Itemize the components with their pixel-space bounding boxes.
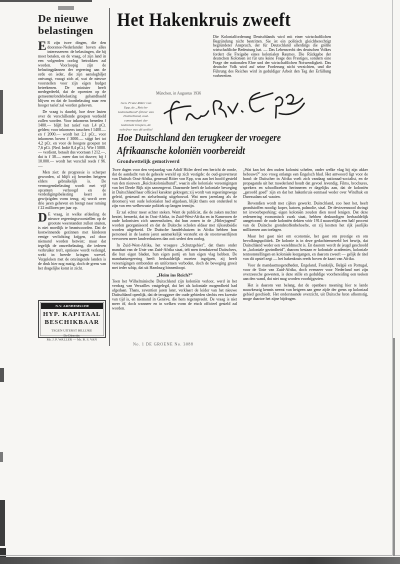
left-article-title: De nieuwe belastingen bbox=[38, 13, 106, 37]
ad-directors-wrap: Mr. J. P. WALLER — Mr. B. S. VAN DEVENTE… bbox=[40, 337, 104, 341]
body-paragraph: „Wat kan het den ouden kolonist schelen,… bbox=[243, 168, 368, 199]
subheadline-line-1: Hoe Duitschland den terugkeer der vroege… bbox=[117, 133, 338, 146]
body-paragraph: Bovendien wordt met cijfers gewerkt. Dui… bbox=[243, 201, 368, 232]
column-divider-rule bbox=[109, 8, 110, 346]
scan-artifact-left-2 bbox=[0, 368, 4, 382]
ad-bank-name-bar: N.V. ARNHEMSCHE HYPOTHEEKBANK bbox=[41, 303, 103, 309]
scan-artifact-bottom-strip bbox=[0, 557, 400, 564]
main-headline: Het Hakenkruis zweeft bbox=[117, 10, 291, 32]
main-body-column-2: „Wat kan het den ouden kolonist schelen,… bbox=[243, 168, 368, 340]
inner-heading-heim-ins-reich: „Heim ins Reich?” bbox=[112, 272, 237, 277]
bank-advertisement: N.V. ARNHEMSCHE HYPOTHEEKBANK HYP. KAPIT… bbox=[38, 300, 106, 338]
signature-ink-strokes bbox=[158, 84, 308, 128]
page-footer-wrap: No. 1 DE GROENE No. 3088 bbox=[133, 342, 223, 348]
main-body-column-1: Twee dagen voor den verjaardag van Adolf… bbox=[112, 168, 237, 340]
scan-artifact-bottom-line bbox=[0, 555, 400, 556]
scan-artifact-top-blob bbox=[58, 6, 74, 10]
left-article-body: ER zijn twee dingen, die den doorsnee-Ne… bbox=[38, 41, 106, 297]
dropcap-E: E bbox=[38, 42, 46, 52]
newspaper-page-scan: De nieuwe belastingen ER zijn twee dinge… bbox=[0, 0, 400, 564]
german-intro-block: Die Kolonialforderung Deutschlands wird … bbox=[213, 35, 331, 87]
scan-artifact-right-dark bbox=[393, 338, 395, 556]
ad-headline-1: HYP. KAPITAAL bbox=[40, 311, 104, 319]
body-paragraph: Het is daarom van belang, dat de openbar… bbox=[243, 283, 368, 301]
dropcap-D: D bbox=[38, 213, 47, 223]
subheadline: Hoe Duitschland den terugkeer der vroege… bbox=[117, 133, 377, 158]
subheadline-line-2: Afrikaansche koloniën voorbereidt bbox=[117, 146, 338, 159]
ad-directors: Mr. J. P. WALLER — Mr. B. S. VAN DEVENTE… bbox=[40, 337, 104, 341]
ad-bank-name: N.V. ARNHEMSCHE HYPOTHEEKBANK bbox=[41, 303, 103, 309]
section-heading-wrap: Grondwettelijk gemotiveerd bbox=[117, 159, 207, 166]
scan-artifact-left-1 bbox=[0, 90, 3, 134]
portrait-caption: Gen. Franz Ritter von Epp, de „Reichs-ko… bbox=[118, 101, 154, 135]
left-article-paragraph: ER zijn twee dingen, die den doorsnee-Ne… bbox=[38, 41, 106, 108]
left-article-paragraph: DE vraag, in welke afdeeling de nieuwe r… bbox=[38, 213, 106, 271]
body-paragraph: In Zuid-West-Afrika, het vroegere „Schut… bbox=[112, 244, 237, 271]
left-article-paragraph: Men ziet: de progressie is scherper gewo… bbox=[38, 170, 106, 210]
body-paragraph: Toen het Wilhelminische Duitschland zijn… bbox=[112, 280, 237, 311]
body-paragraph: Twee dagen voor den verjaardag van Adolf… bbox=[112, 168, 237, 208]
body-paragraph: Maar het gaat niet om economie, het gaat… bbox=[243, 235, 368, 262]
scan-artifact-left-3 bbox=[0, 452, 3, 462]
signature-franz-von-epp bbox=[158, 84, 308, 128]
body-paragraph: Er zal echter meer achter steken. Want d… bbox=[112, 210, 237, 241]
left-article-paragraph: De vraag is daarbij, hoe deze lasten ove… bbox=[38, 110, 106, 168]
scan-artifact-top-line bbox=[0, 0, 92, 2]
scan-artifact-left-4 bbox=[0, 500, 5, 546]
page-footer: No. 1 DE GROENE No. 3088 bbox=[133, 342, 178, 347]
ad-headline-2: BESCHIKBAAR bbox=[40, 319, 104, 327]
body-paragraph: Voor de mandaatmogendheden, Engeland, Fr… bbox=[243, 264, 368, 282]
